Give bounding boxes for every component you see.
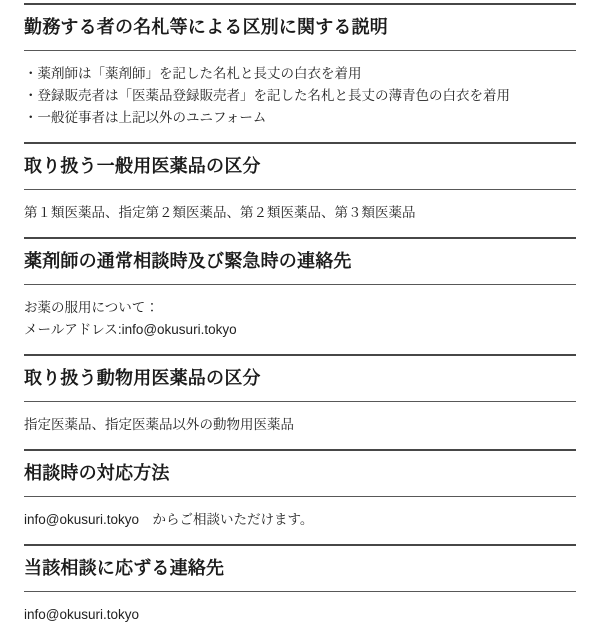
section-body: info@okusuri.tokyo	[24, 592, 576, 639]
body-line: info@okusuri.tokyo	[24, 604, 576, 626]
section: 取り扱う一般用医薬品の区分第１類医薬品、指定第２類医薬品、第２類医薬品、第３類医…	[24, 142, 576, 237]
section: 取り扱う動物用医薬品の区分指定医薬品、指定医薬品以外の動物用医薬品	[24, 354, 576, 449]
section-heading: 取り扱う一般用医薬品の区分	[24, 153, 576, 179]
body-line: お薬の服用について：	[24, 297, 576, 319]
section-body: 指定医薬品、指定医薬品以外の動物用医薬品	[24, 402, 576, 449]
section-heading: 薬剤師の通常相談時及び緊急時の連絡先	[24, 248, 576, 274]
body-line: 指定医薬品、指定医薬品以外の動物用医薬品	[24, 414, 576, 436]
section-heading: 当該相談に応ずる連絡先	[24, 555, 576, 581]
section-body: ・薬剤師は「薬剤師」を記した名札と長丈の白衣を着用・登録販売者は「医薬品登録販売…	[24, 51, 576, 142]
page: 勤務する者の名札等による区別に関する説明・薬剤師は「薬剤師」を記した名札と長丈の…	[0, 0, 599, 639]
section-heading: 取り扱う動物用医薬品の区分	[24, 365, 576, 391]
body-line: メールアドレス:info@okusuri.tokyo	[24, 319, 576, 341]
section-body: 第１類医薬品、指定第２類医薬品、第２類医薬品、第３類医薬品	[24, 190, 576, 237]
section-body: お薬の服用について：メールアドレス:info@okusuri.tokyo	[24, 285, 576, 354]
body-line: 第１類医薬品、指定第２類医薬品、第２類医薬品、第３類医薬品	[24, 202, 576, 224]
body-line: ・一般従事者は上記以外のユニフォーム	[24, 107, 576, 129]
section: 当該相談に応ずる連絡先info@okusuri.tokyo	[24, 544, 576, 639]
section: 相談時の対応方法info@okusuri.tokyo からご相談いただけます。	[24, 449, 576, 544]
section-heading: 勤務する者の名札等による区別に関する説明	[24, 14, 576, 40]
section: 勤務する者の名札等による区別に関する説明・薬剤師は「薬剤師」を記した名札と長丈の…	[24, 3, 576, 142]
body-line: ・薬剤師は「薬剤師」を記した名札と長丈の白衣を着用	[24, 63, 576, 85]
body-line: ・登録販売者は「医薬品登録販売者」を記した名札と長丈の薄青色の白衣を着用	[24, 85, 576, 107]
section-heading: 相談時の対応方法	[24, 460, 576, 486]
body-line: info@okusuri.tokyo からご相談いただけます。	[24, 509, 576, 531]
section: 薬剤師の通常相談時及び緊急時の連絡先お薬の服用について：メールアドレス:info…	[24, 237, 576, 354]
section-body: info@okusuri.tokyo からご相談いただけます。	[24, 497, 576, 544]
